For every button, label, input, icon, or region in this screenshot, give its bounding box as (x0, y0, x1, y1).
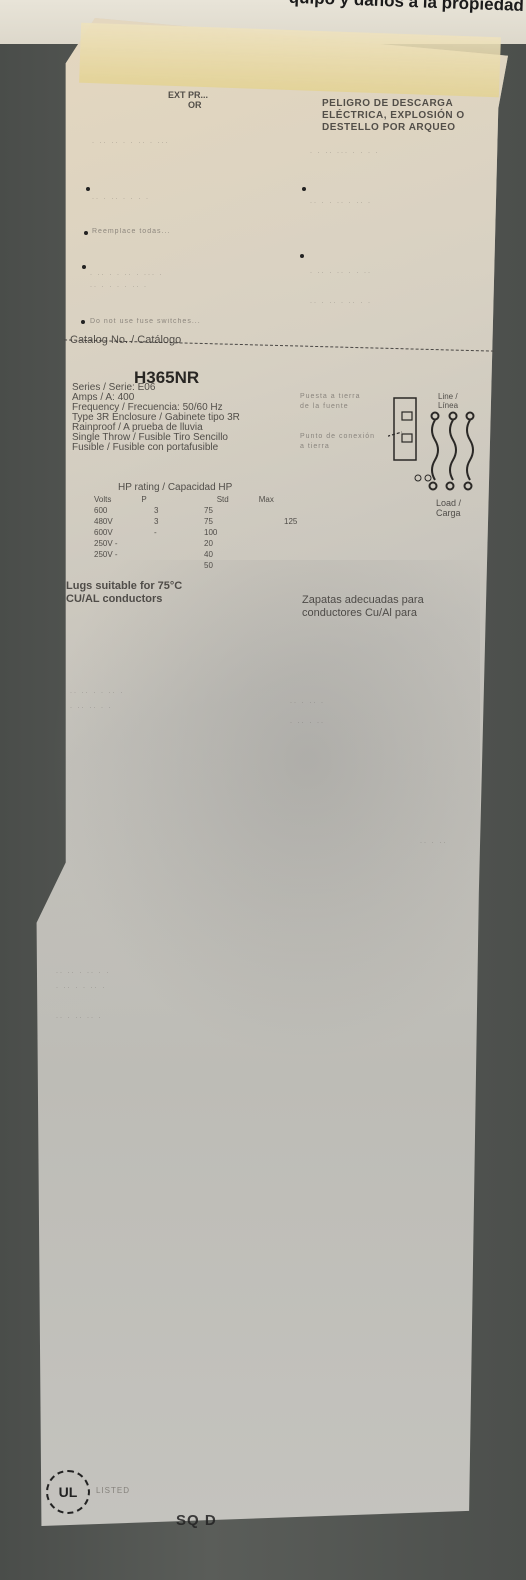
load-label: Load / Carga (436, 498, 461, 518)
rating-table: VoltsP StdMax 600375 480V375125 600V-100… (94, 494, 324, 571)
shadow-region (50, 560, 480, 1060)
listing-text: LISTED (96, 1486, 130, 1495)
bullet-icon (84, 231, 88, 235)
bullet-text: Reemplace todas... (92, 228, 170, 235)
diagram-left-text: Puesta a tierra de la fuente Punto de co… (300, 392, 375, 452)
wiring-diagram-icon (388, 390, 483, 510)
danger-heading: PELIGRO DE DESCARGA ELÉCTRICA, EXPLOSIÓN… (322, 98, 465, 134)
bullet-icon (81, 320, 85, 324)
bullet-icon (300, 254, 304, 258)
bullet-text: Do not use fuse switches... (90, 318, 201, 325)
top-sticker-text: quipo y daños a la propiedad (288, 0, 524, 16)
bullet-icon (82, 265, 86, 269)
bullet-icon (302, 187, 306, 191)
header-left: EXT PR... OR (168, 90, 208, 110)
bullet-icon (86, 187, 90, 191)
lugs-text: Lugs suitable for 75°C CU/AL conductors (66, 580, 182, 606)
lugs-text-es: Zapatas adecuadas para conductores Cu/Al… (302, 594, 424, 620)
line-label: Line / Línea (438, 392, 458, 410)
ul-logo-icon: UL (46, 1470, 90, 1514)
catalog-label: Catalog No. / Catálogo (70, 334, 181, 346)
specs-list: Series / Serie: E06 Amps / A: 400 Freque… (72, 383, 240, 453)
rating-title: HP rating / Capacidad HP (118, 482, 232, 493)
brand-text: SQ D (176, 1512, 217, 1529)
